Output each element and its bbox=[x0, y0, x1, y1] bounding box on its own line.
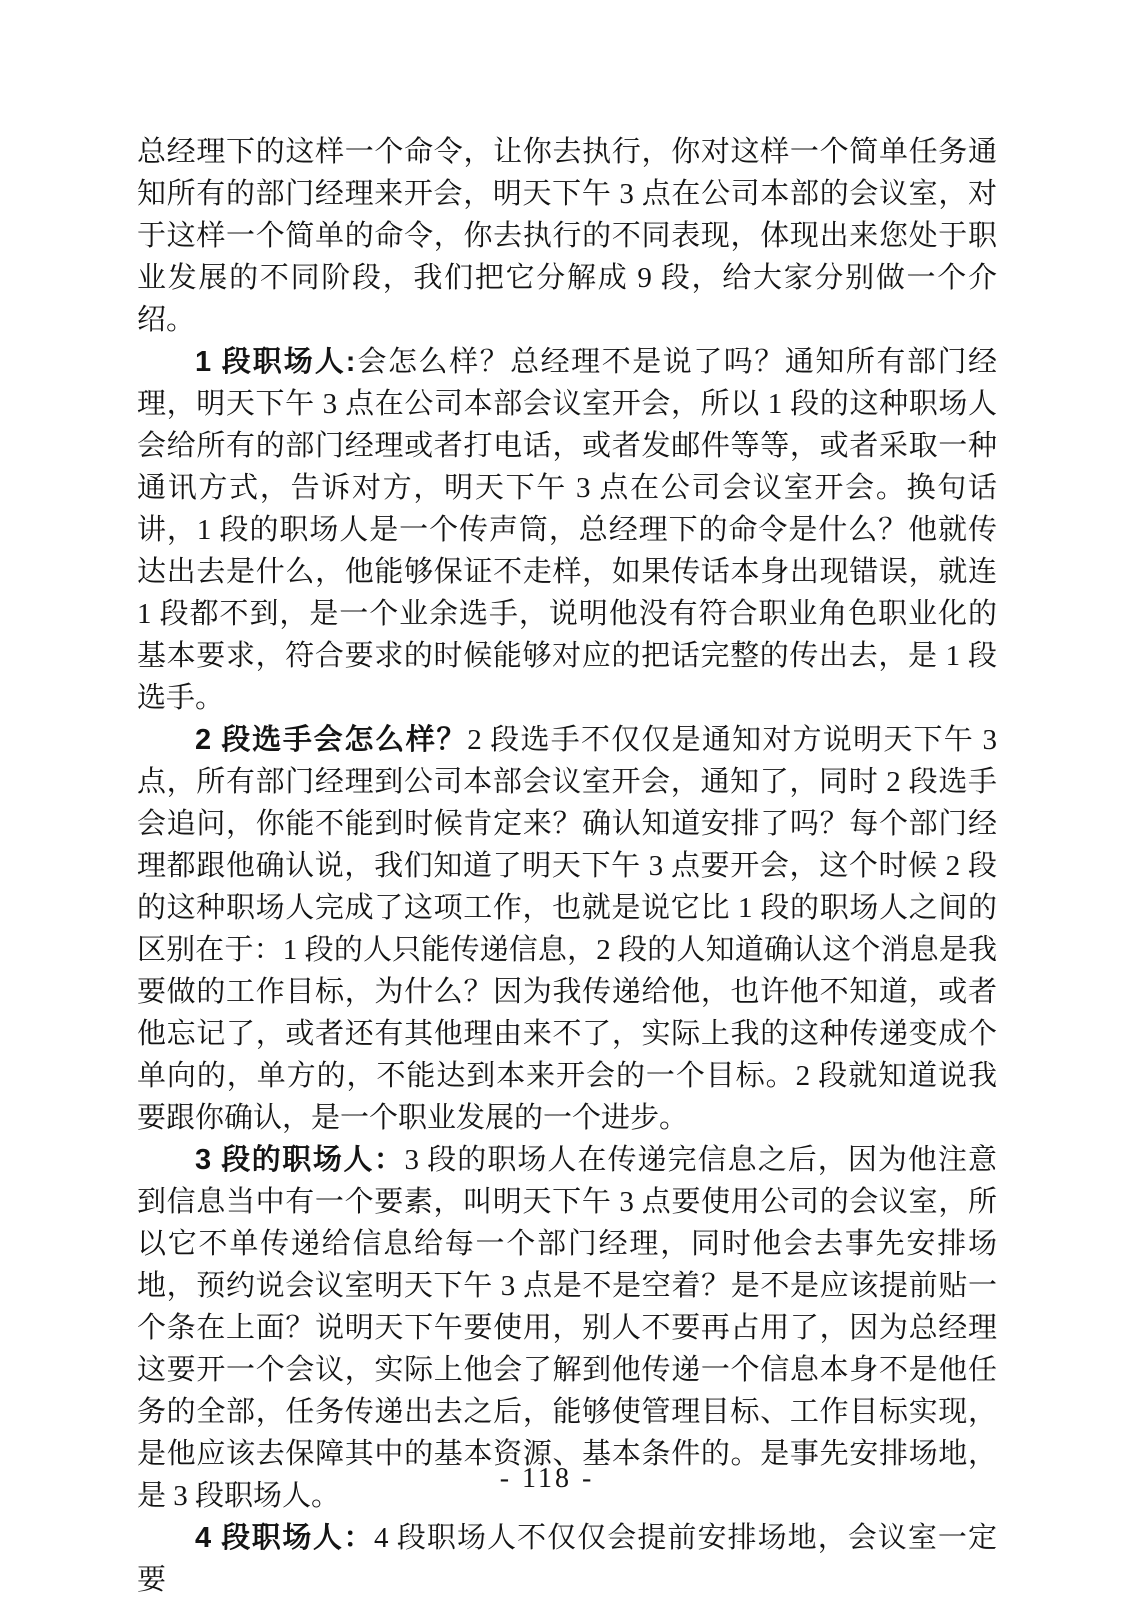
paragraph-text: 3 段的职场人在传递完信息之后，因为他注意到信息当中有一个要素，叫明天下午 3 … bbox=[137, 1144, 997, 1512]
paragraph-text: 会怎么样？总经理不是说了吗？通知所有部门经理，明天下午 3 点在公司本部会议室开… bbox=[137, 346, 997, 714]
paragraph-lead: 1 段职场人: bbox=[195, 346, 356, 378]
paragraph: 3 段的职场人：3 段的职场人在传递完信息之后，因为他注意到信息当中有一个要素，… bbox=[137, 1139, 997, 1517]
paragraph-lead: 3 段的职场人： bbox=[195, 1144, 404, 1176]
page-number: - 118 - bbox=[117, 1463, 977, 1495]
paragraph: 1 段职场人:会怎么样？总经理不是说了吗？通知所有部门经理，明天下午 3 点在公… bbox=[137, 341, 997, 719]
paragraph: 2 段选手会怎么样？2 段选手不仅仅是通知对方说明天下午 3 点，所有部门经理到… bbox=[137, 719, 997, 1139]
paragraph-text: 2 段选手不仅仅是通知对方说明天下午 3 点，所有部门经理到公司本部会议室开会，… bbox=[137, 724, 997, 1134]
paragraph-lead: 2 段选手会怎么样？ bbox=[195, 724, 467, 756]
document-page: 总经理下的这样一个命令，让你去执行，你对这样一个简单任务通知所有的部门经理来开会… bbox=[0, 0, 1131, 1600]
paragraph: 总经理下的这样一个命令，让你去执行，你对这样一个简单任务通知所有的部门经理来开会… bbox=[137, 131, 997, 341]
paragraph: 4 段职场人：4 段职场人不仅仅会提前安排场地，会议室一定要 bbox=[137, 1517, 997, 1600]
paragraph-text: 总经理下的这样一个命令，让你去执行，你对这样一个简单任务通知所有的部门经理来开会… bbox=[137, 136, 997, 336]
page-body-text: 总经理下的这样一个命令，让你去执行，你对这样一个简单任务通知所有的部门经理来开会… bbox=[137, 131, 997, 1600]
paragraph-lead: 4 段职场人： bbox=[195, 1522, 374, 1554]
